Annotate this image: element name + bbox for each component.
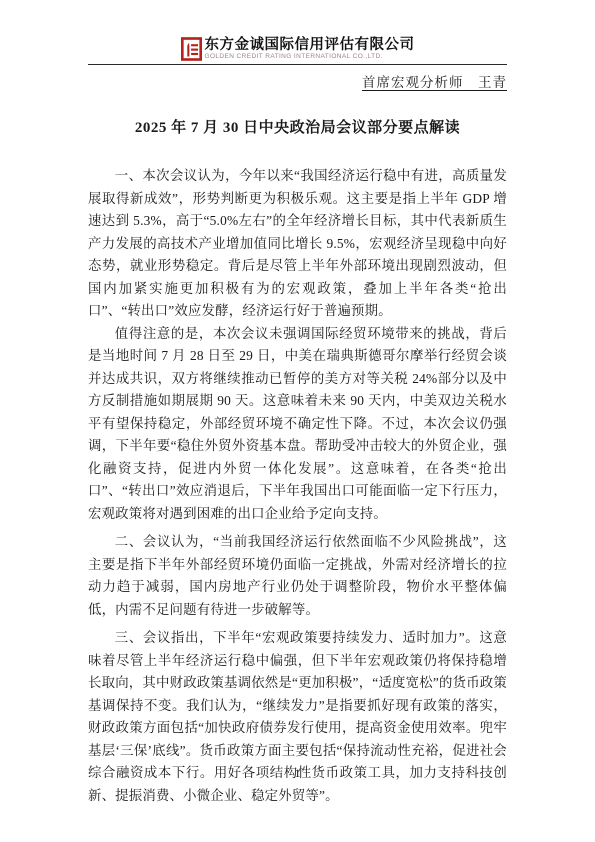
byline-row: 首席宏观分析师 王青 bbox=[88, 74, 507, 92]
company-name-cn: 东方金诚国际信用评估有限公司 bbox=[205, 37, 415, 53]
analyst-byline: 首席宏观分析师 王青 bbox=[362, 75, 507, 90]
credit-seal-icon bbox=[181, 37, 202, 61]
page-title: 2025 年 7 月 30 日中央政治局会议部分要点解读 bbox=[88, 118, 507, 138]
header: 东方金诚国际信用评估有限公司 GOLDEN CREDIT RATING INTE… bbox=[88, 0, 507, 61]
company-logo: 东方金诚国际信用评估有限公司 GOLDEN CREDIT RATING INTE… bbox=[181, 37, 415, 61]
header-divider bbox=[88, 64, 507, 65]
company-name-en: GOLDEN CREDIT RATING INTERNATIONAL CO.,L… bbox=[205, 53, 415, 61]
page-number: 1 bbox=[0, 766, 595, 781]
company-names: 东方金诚国际信用评估有限公司 GOLDEN CREDIT RATING INTE… bbox=[205, 37, 415, 61]
paragraph-3: 二、会议认为，“当前我国经济运行依然面临不少风险挑战”，这主要是指下半年外部经贸… bbox=[88, 531, 507, 621]
page-content: 东方金诚国际信用评估有限公司 GOLDEN CREDIT RATING INTE… bbox=[88, 0, 507, 807]
paragraph-1: 一、本次会议认为，今年以来“我国经济运行稳中有进，高质量发展取得新成效”，形势判… bbox=[88, 165, 507, 323]
document-page: 东方金诚国际信用评估有限公司 GOLDEN CREDIT RATING INTE… bbox=[0, 0, 595, 842]
paragraph-2: 值得注意的是，本次会议未强调国际经贸环境带来的挑战，背后是当地时间 7 月 28… bbox=[88, 323, 507, 526]
document-body: 一、本次会议认为，今年以来“我国经济运行稳中有进，高质量发展取得新成效”，形势判… bbox=[88, 165, 507, 807]
